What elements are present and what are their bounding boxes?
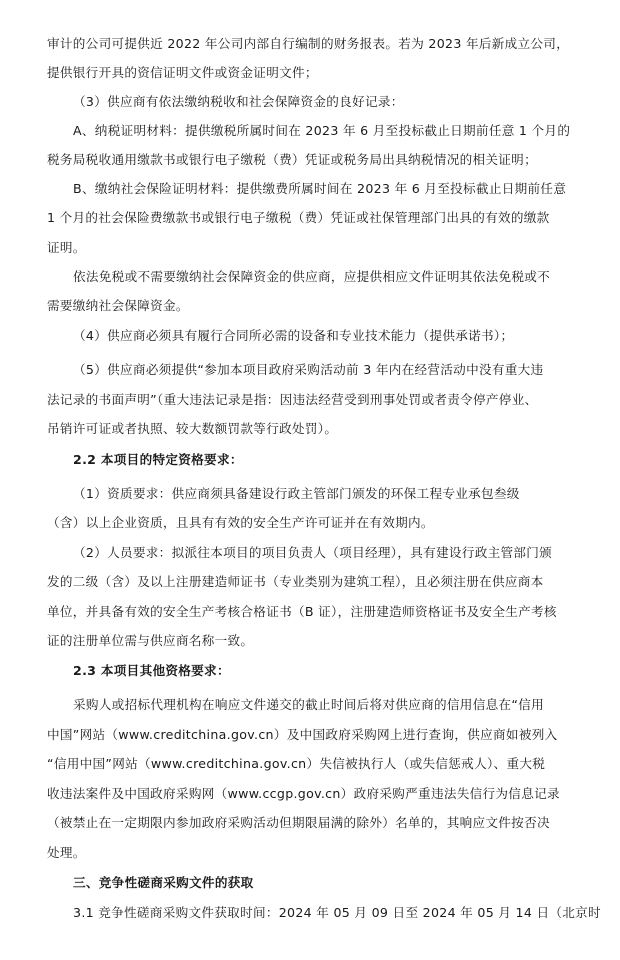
paragraph-line: （含）以上企业资质，且具有有效的安全生产许可证并在有效期内。: [47, 515, 581, 531]
paragraph-line: （4）供应商必须具有履行合同所必需的设备和专业技术能力（提供承诺书）；: [73, 328, 581, 344]
section-heading: 2.2 本项目的特定资格要求：: [73, 452, 581, 468]
paragraph-line: “信用中国”网站（www.creditchina.gov.cn）失信被执行人（或…: [47, 756, 581, 772]
paragraph-line: 吊销许可证或者执照、较大数额罚款等行政处罚）。: [47, 421, 581, 437]
paragraph-line: 税务局税收通用缴款书或银行电子缴税（费）凭证或税务局出具纳税情况的相关证明；: [47, 152, 581, 168]
paragraph-line: 采购人或招标代理机构在响应文件递交的截止时间后将对供应商的信用信息在“信用: [73, 697, 581, 713]
paragraph-line: （1）资质要求：供应商须具备建设行政主管部门颁发的环保工程专业承包叁级: [73, 486, 581, 502]
paragraph-line: （2）人员要求：拟派往本项目的项目负责人（项目经理），具有建设行政主管部门颁: [73, 545, 581, 561]
paragraph-line: （3）供应商有依法缴纳税收和社会保障资金的良好记录：: [73, 94, 581, 110]
paragraph-line: 3.1 竞争性磋商采购文件获取时间：2024 年 05 月 09 日至 2024…: [73, 905, 581, 921]
paragraph-line: 中国”网站（www.creditchina.gov.cn）及中国政府采购网上进行…: [47, 727, 581, 743]
paragraph-line: 审计的公司可提供近 2022 年公司内部自行编制的财务报表。若为 2023 年后…: [47, 36, 581, 52]
paragraph-line: 收违法案件及中国政府采购网（www.ccgp.gov.cn）政府采购严重违法失信…: [47, 786, 581, 802]
paragraph-line: 需要缴纳社会保障资金。: [47, 298, 581, 314]
paragraph-line: （被禁止在一定期限内参加政府采购活动但期限届满的除外）名单的，其响应文件按否决: [47, 815, 581, 831]
paragraph-line: 单位，并具备有效的安全生产考核合格证书（B 证），注册建造师资格证书及安全生产考…: [47, 604, 581, 620]
section-heading: 三、竞争性磋商采购文件的获取: [73, 875, 581, 891]
paragraph-line: 法记录的书面声明”（重大违法记录是指：因违法经营受到刑事处罚或者责令停产停业、: [47, 392, 581, 408]
paragraph-line: （5）供应商必须提供“参加本项目政府采购活动前 3 年内在经营活动中没有重大违: [73, 362, 581, 378]
paragraph-line: 发的二级（含）及以上注册建造师证书（专业类别为建筑工程），且必须注册在供应商本: [47, 574, 581, 590]
paragraph-line: 处理。: [47, 845, 581, 861]
paragraph-line: B、缴纳社会保险证明材料：提供缴费所属时间在 2023 年 6 月至投标截止日期…: [73, 181, 581, 197]
document-page: 审计的公司可提供近 2022 年公司内部自行编制的财务报表。若为 2023 年后…: [0, 0, 620, 960]
paragraph-line: 提供银行开具的资信证明文件或资金证明文件；: [47, 65, 581, 81]
paragraph-line: 证的注册单位需与供应商名称一致。: [47, 633, 581, 649]
paragraph-line: A、纳税证明材料：提供缴税所属时间在 2023 年 6 月至投标截止日期前任意 …: [73, 123, 581, 139]
paragraph-line: 依法免税或不需要缴纳社会保障资金的供应商，应提供相应文件证明其依法免税或不: [73, 269, 581, 285]
paragraph-line: 1 个月的社会保险费缴款书或银行电子缴税（费）凭证或社保管理部门出具的有效的缴款: [47, 210, 581, 226]
paragraph-line: 证明。: [47, 240, 581, 256]
section-heading: 2.3 本项目其他资格要求：: [73, 663, 581, 679]
